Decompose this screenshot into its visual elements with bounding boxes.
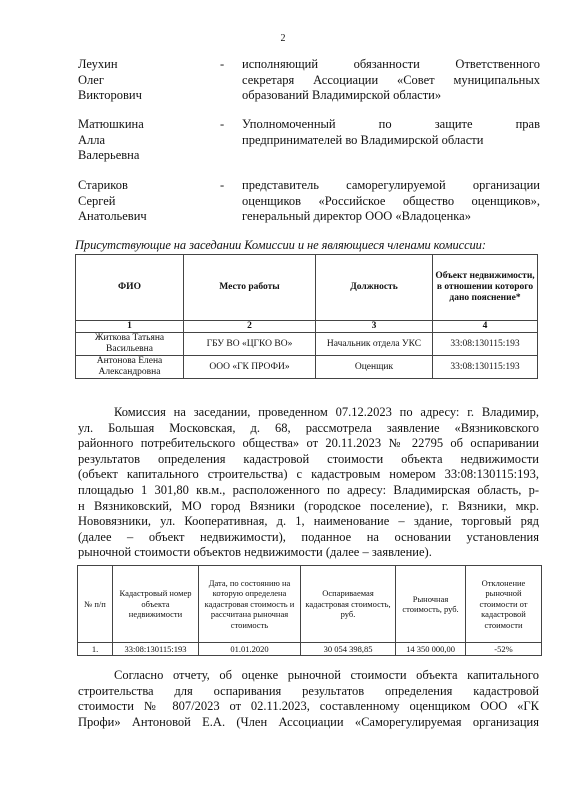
attendees-table: ФИО Место работы Должность Объект недвиж…: [75, 254, 538, 379]
member-description: представитель саморегулируемой организац…: [242, 178, 540, 225]
table-row: Антонова Елена Александровна ООО «ГК ПРО…: [76, 356, 538, 379]
member-description: Уполномоченный по защите прав предприним…: [242, 117, 540, 148]
decision-paragraph: Комиссия на заседании, проведенном 07.12…: [78, 405, 539, 561]
header-workplace: Место работы: [184, 255, 316, 321]
header-cadastral-number: Кадастровый номер объекта недвижимости: [113, 566, 199, 643]
header-number: № п/п: [78, 566, 113, 643]
member-description: исполняющий обязанности Ответственного с…: [242, 57, 540, 104]
member-name: Матюшкина Алла Валерьевна: [78, 117, 218, 164]
report-paragraph: Согласно отчету, об оценке рыночной стои…: [78, 668, 539, 730]
valuation-table: № п/п Кадастровый номер объекта недвижим…: [77, 565, 542, 656]
attendees-caption: Присутствующие на заседании Комиссии и н…: [75, 238, 539, 253]
table-row: Житкова Татьяна Васильевна ГБУ ВО «ЦГКО …: [76, 333, 538, 356]
table-row: 1. 33:08:130115:193 01.01.2020 30 054 39…: [78, 643, 542, 656]
dash: -: [220, 178, 224, 194]
header-position: Должность: [316, 255, 433, 321]
dash: -: [220, 117, 224, 133]
dash: -: [220, 57, 224, 73]
header-property: Объект недвижимости, в отношении которог…: [433, 255, 538, 321]
header-date: Дата, по состоянию на которую определена…: [199, 566, 301, 643]
table-header-row: № п/п Кадастровый номер объекта недвижим…: [78, 566, 542, 643]
page-number: 2: [0, 33, 566, 44]
header-fio: ФИО: [76, 255, 184, 321]
member-name: Леухин Олег Викторович: [78, 57, 218, 104]
column-number-row: 1 2 3 4: [76, 321, 538, 333]
commission-member: Матюшкина Алла Валерьевна - Уполномоченн…: [78, 117, 542, 165]
commission-member: Стариков Сергей Анатольевич - представит…: [78, 178, 542, 226]
header-market-value: Рыночная стоимость, руб.: [396, 566, 466, 643]
header-cadastral-value: Оспариваемая кадастровая стоимость, руб.: [301, 566, 396, 643]
header-deviation: Отклонение рыночной стоимости от кадастр…: [466, 566, 542, 643]
member-name: Стариков Сергей Анатольевич: [78, 178, 218, 225]
table-header-row: ФИО Место работы Должность Объект недвиж…: [76, 255, 538, 321]
commission-member: Леухин Олег Викторович - исполняющий обя…: [78, 57, 542, 105]
